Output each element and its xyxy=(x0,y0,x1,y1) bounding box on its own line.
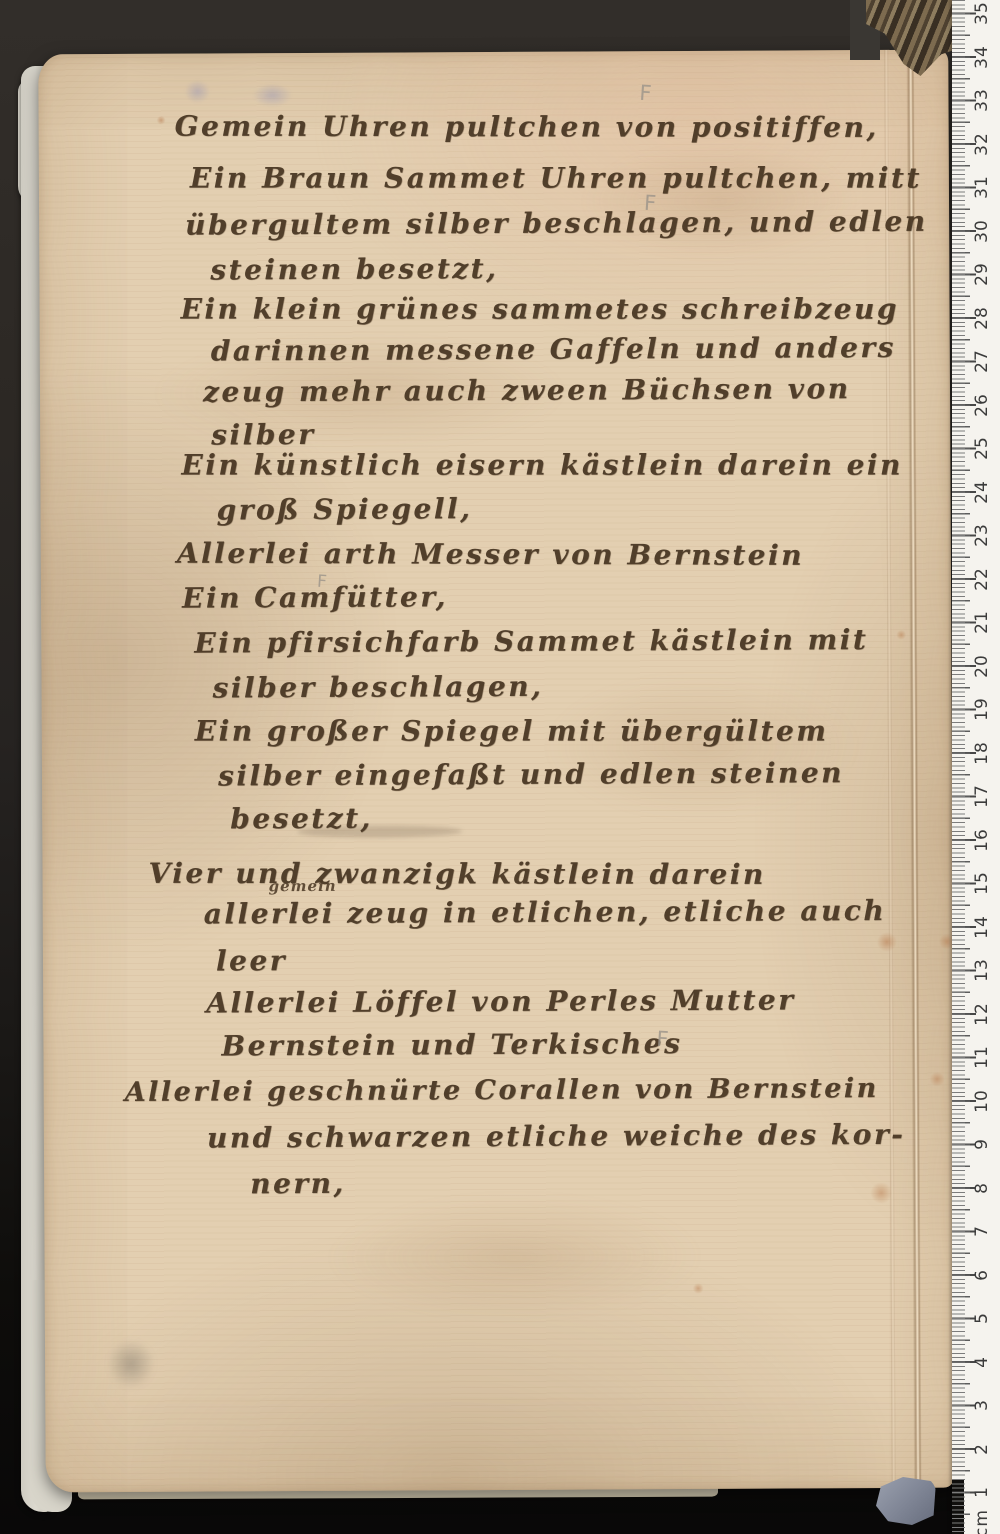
interlinear-insertion: gemein xyxy=(269,877,337,895)
handwritten-line: besetzt, xyxy=(230,802,373,836)
ruler-label: 25 xyxy=(973,429,991,467)
handwritten-line: Ein Camfütter, xyxy=(182,580,448,614)
handwritten-line: Allerlei Löffel von Perles Mutter xyxy=(206,983,795,1019)
ruler-label: 4 xyxy=(973,1343,991,1381)
ruler-label: 27 xyxy=(973,342,991,380)
foxing-spot xyxy=(870,1182,892,1204)
handwritten-line: übergultem silber beschlagen, und edlen xyxy=(185,205,928,242)
handwritten-line: Ein großer Spiegel mit übergültem xyxy=(195,715,829,748)
ruler-label: 28 xyxy=(973,299,991,337)
ruler-label: 3 xyxy=(973,1386,991,1424)
handwritten-line: Ein Braun Sammet Uhren pultchen, mitt xyxy=(190,162,922,195)
ruler-label: 34 xyxy=(973,38,991,76)
ruler-label: 24 xyxy=(973,473,991,511)
handwritten-line: silber eingefaßt und edlen steinen xyxy=(218,756,844,792)
ruler-label: 13 xyxy=(973,951,991,989)
blue-ink-offset-mark xyxy=(252,83,292,107)
photographed-manuscript-page: Gemein Uhren pultchen von positiffen, Ei… xyxy=(0,0,1000,1534)
handwritten-line: allerlei zeug in etlichen, etliche auch xyxy=(204,894,887,931)
foxing-spot xyxy=(930,1072,945,1087)
ruler-label: 26 xyxy=(973,386,991,424)
foxing-spot xyxy=(896,630,906,640)
handwritten-line: zeug mehr auch zween Büchsen von xyxy=(203,372,851,408)
handwritten-line: nern, xyxy=(250,1167,346,1200)
ruler-label: 23 xyxy=(973,516,991,554)
ruler-label: 32 xyxy=(973,125,991,163)
ruler-label: 30 xyxy=(973,212,991,250)
pencil-mark-f: F xyxy=(639,81,653,106)
ruler-unit-label: cm xyxy=(973,1504,991,1534)
handwritten-line: Bernstein und Terkisches xyxy=(221,1027,682,1062)
gray-smudge xyxy=(107,1339,155,1389)
handwritten-line: Allerlei arth Messer von Bernstein xyxy=(177,537,804,572)
ruler-label: 6 xyxy=(973,1256,991,1294)
handwritten-line: darinnen messene Gaffeln und anders xyxy=(211,331,896,368)
ruler-label: 22 xyxy=(973,560,991,598)
handwritten-line: Gemein Uhren pultchen von positiffen, xyxy=(175,110,879,144)
manuscript-page: Gemein Uhren pultchen von positiffen, Ei… xyxy=(38,50,956,1493)
cm-ruler: 35 34 33 32 31 30 29 28 27 26 25 24 23 2… xyxy=(952,0,1000,1534)
ruler-label: 16 xyxy=(973,821,991,859)
ruler-label: 14 xyxy=(973,908,991,946)
handwritten-line: groß Spiegell, xyxy=(217,492,473,526)
foxing-spot xyxy=(693,1283,704,1294)
ruler-label: 10 xyxy=(973,1082,991,1120)
blue-ink-offset-mark xyxy=(184,79,210,103)
handwritten-line: silber beschlagen, xyxy=(212,670,543,705)
ruler-label: 12 xyxy=(973,995,991,1033)
handwritten-line: Ein klein grünes sammetes schreibzeug xyxy=(181,293,899,326)
pencil-mark-f: F xyxy=(643,191,657,216)
ruler-label: 33 xyxy=(973,81,991,119)
handwritten-line: Ein künstlich eisern kästlein darein ein xyxy=(181,449,902,482)
ruler-label: 5 xyxy=(973,1299,991,1337)
ruler-label: 15 xyxy=(973,864,991,902)
ruler-label: 17 xyxy=(973,777,991,815)
pencil-mark-f: F xyxy=(316,572,327,593)
ruler-label: 2 xyxy=(973,1430,991,1468)
ruler-label: 18 xyxy=(973,734,991,772)
ruler-label: 19 xyxy=(973,690,991,728)
handwritten-line: Allerlei geschnürte Corallen von Bernste… xyxy=(125,1073,879,1108)
ruler-label: 11 xyxy=(973,1038,991,1076)
handwritten-line: leer xyxy=(216,944,287,977)
ruler-label: 35 xyxy=(973,0,991,32)
ruler-label: 20 xyxy=(973,647,991,685)
handwritten-line: Vier und zwanzigk kästlein darein xyxy=(149,857,766,891)
foxing-spot xyxy=(877,932,897,952)
ruler-label: 31 xyxy=(973,168,991,206)
foxing-spot xyxy=(157,116,166,125)
handwritten-line: und schwarzen etliche weiche des kor- xyxy=(207,1118,906,1155)
ruler-label: 8 xyxy=(973,1169,991,1207)
handwritten-line: silber xyxy=(211,418,315,452)
ruler-label: 21 xyxy=(973,603,991,641)
ruler-label: 7 xyxy=(973,1212,991,1250)
pencil-mark-f: F xyxy=(656,1027,670,1052)
handwritten-line: steinen besetzt, xyxy=(210,252,498,287)
ruler-label: 29 xyxy=(973,255,991,293)
handwritten-line: Ein pfirsichfarb Sammet kästlein mit xyxy=(194,623,868,660)
ruler-label: 9 xyxy=(973,1125,991,1163)
